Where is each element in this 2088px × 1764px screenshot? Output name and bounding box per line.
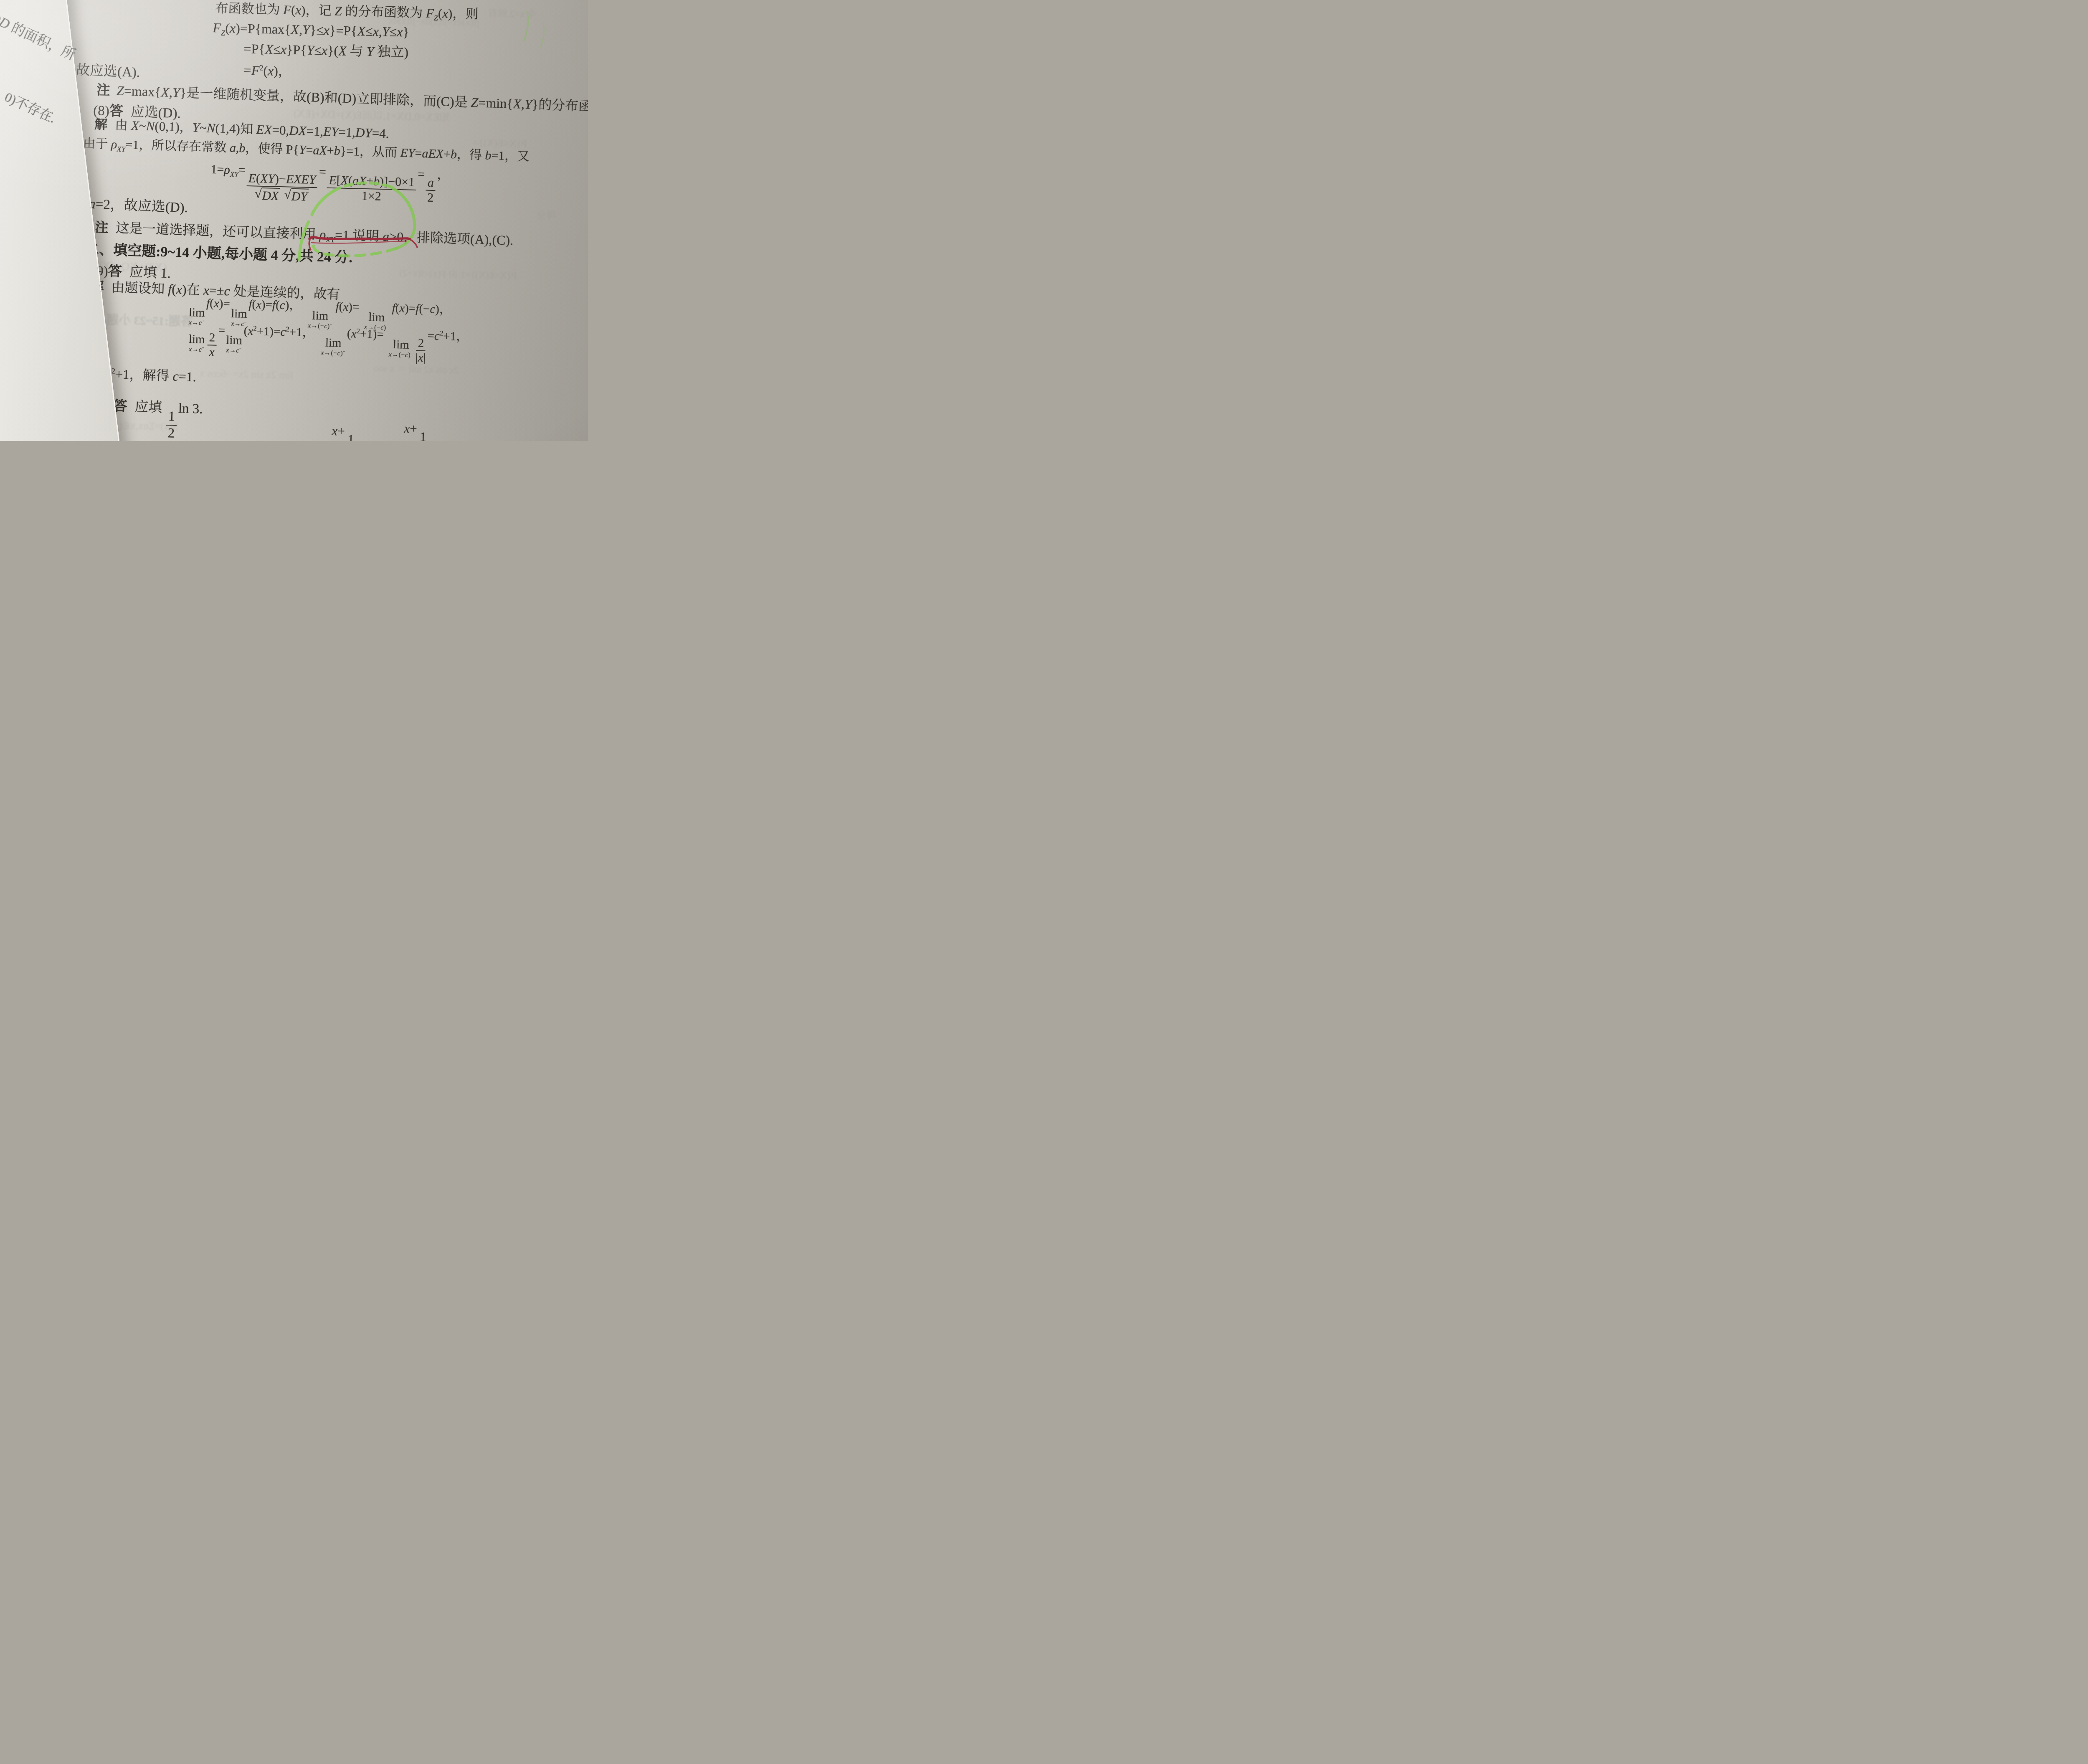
line-8-since: 由于 ρXY=1，所以存在常数 a,b，使得 P{Y=aX+b}=1，从而 EY… [83, 136, 530, 164]
eq-lim-2: limx→c+2x=limx→c−(x2+1)=c2+1，limx→(−c)+(… [187, 322, 469, 365]
eq-fz-line3: =F2(x)， [243, 63, 291, 79]
frag-bottom-1: x+1x2 [331, 423, 357, 441]
ghost-bleed-8: lim 2x sin 2x=−6cos x [199, 368, 293, 382]
ghost-bleed-10: P{X=E(X)}=1 由 F(x)=f(x+2) [399, 265, 517, 282]
ghost-bleed-2: P{X=E(X)}= [473, 137, 527, 150]
ghost-bleed-11: 2x uis x2 mil ＝ x soo [374, 360, 459, 376]
eq-fz-line1: FZ(x)=P{max{X,Y}≤x}=P{X≤x,Y≤x} [213, 20, 409, 40]
ghost-bleed-12: 得分 [537, 208, 556, 222]
ghost-bleed-7: 今 x=2,则有 [488, 5, 537, 20]
eq-fz-line2: =P{X≤x}P{Y≤x}(X 与 Y 独立) [243, 41, 408, 61]
eq-rho: 1=ρXY=E(XY)−EXEY√DX√DY=E[X(aX+b)]−0×11×2… [210, 162, 450, 207]
green-bleed-stroke-2 [541, 23, 544, 47]
ghost-bleed-4: |4A−E|=3×1×1=3. [258, 230, 329, 242]
book-page-photo: 布函数也为 F(x)，记 Z 的分布函数为 FZ(x)，则FZ(x)=P{max… [0, 0, 588, 441]
line-choose-a: 故应选(A). [76, 62, 140, 81]
frag-bottom-2: x+1x2 [403, 421, 430, 441]
